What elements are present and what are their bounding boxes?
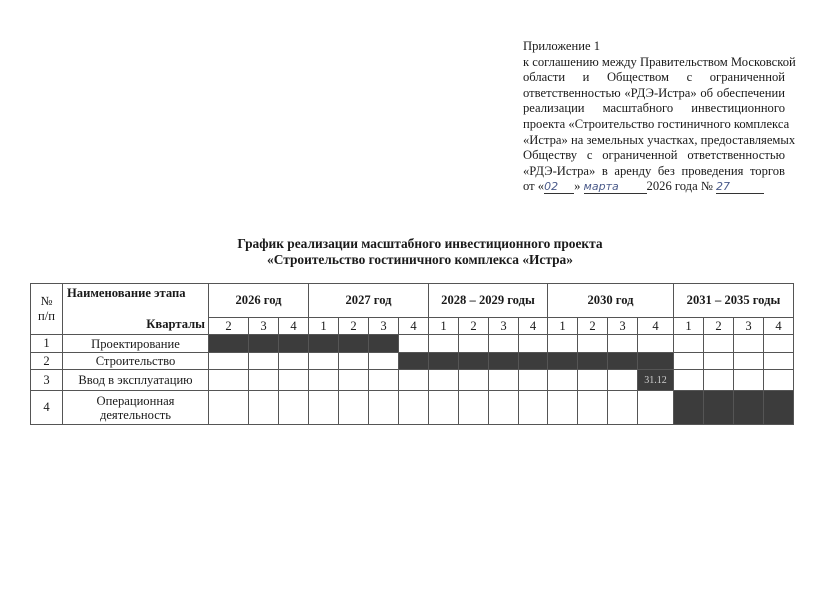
gantt-cell (608, 335, 638, 353)
gantt-cell-filled (608, 353, 638, 370)
gantt-schedule-table: №п/пНаименование этапаКварталы2026 год20… (30, 283, 794, 425)
gantt-cell (519, 391, 548, 425)
col-num-header: №п/п (31, 284, 63, 335)
gantt-cell (489, 335, 519, 353)
quarter-header: 2 (578, 318, 608, 335)
gantt-cell (459, 370, 489, 391)
gantt-cell-filled (429, 353, 459, 370)
gantt-cell (429, 335, 459, 353)
quarter-header: 3 (249, 318, 279, 335)
gantt-cell (399, 370, 429, 391)
quarter-header: 4 (638, 318, 674, 335)
handwritten-day: 02 (544, 181, 574, 194)
quarter-header: 1 (429, 318, 459, 335)
gantt-cell (429, 370, 459, 391)
gantt-cell-filled (279, 335, 309, 353)
quarter-header: 1 (309, 318, 339, 335)
gantt-cell (429, 391, 459, 425)
gantt-cell (734, 353, 764, 370)
stage-name-label: Наименование этапа (67, 286, 186, 301)
gantt-cell (548, 370, 578, 391)
gantt-cell-filled (519, 353, 548, 370)
gantt-cell-filled (249, 335, 279, 353)
date-prefix: от « (523, 179, 544, 193)
title-line-1: График реализации масштабного инвестицио… (200, 236, 640, 252)
gantt-cell (249, 353, 279, 370)
quarter-header: 2 (459, 318, 489, 335)
gantt-cell (704, 353, 734, 370)
handwritten-month: марта (584, 181, 647, 194)
row-number: 1 (31, 335, 63, 353)
gantt-cell (704, 370, 734, 391)
appendix-line: ответственностью «РДЭ-Истра» об обеспече… (523, 86, 785, 102)
gantt-cell-filled: 31.12 (638, 370, 674, 391)
date-mid: » (574, 179, 580, 193)
gantt-cell (638, 335, 674, 353)
gantt-cell (548, 391, 578, 425)
gantt-cell (209, 391, 249, 425)
appendix-line: Обществу с ограниченной ответственностью (523, 148, 785, 164)
stage-name: Строительство (63, 353, 209, 370)
quarter-header: 3 (489, 318, 519, 335)
quarter-header: 4 (279, 318, 309, 335)
gantt-cell (638, 391, 674, 425)
gantt-cell (279, 370, 309, 391)
title-line-2: «Строительство гостиничного комплекса «И… (200, 252, 640, 268)
date-year: 2026 года № (647, 179, 713, 193)
gantt-cell (674, 335, 704, 353)
period-header: 2028 – 2029 годы (429, 284, 548, 318)
gantt-cell (399, 391, 429, 425)
row-number: 2 (31, 353, 63, 370)
header-row-periods: №п/пНаименование этапаКварталы2026 год20… (31, 284, 794, 318)
handwritten-number: 27 (716, 181, 764, 194)
row-number: 3 (31, 370, 63, 391)
gantt-cell (339, 391, 369, 425)
gantt-cell (249, 370, 279, 391)
quarter-header: 4 (764, 318, 794, 335)
gantt-cell (608, 391, 638, 425)
table-row: 3Ввод в эксплуатацию31.12 (31, 370, 794, 391)
gantt-cell (704, 335, 734, 353)
gantt-cell-filled (704, 391, 734, 425)
gantt-cell (459, 391, 489, 425)
quarter-header: 1 (674, 318, 704, 335)
period-header: 2026 год (209, 284, 309, 318)
gantt-cell (674, 370, 704, 391)
gantt-cell-filled (489, 353, 519, 370)
quarter-header: 3 (734, 318, 764, 335)
gantt-cell (339, 353, 369, 370)
table-row: 1Проектирование (31, 335, 794, 353)
appendix-line: реализации масштабного инвестиционного (523, 101, 785, 117)
gantt-cell (309, 353, 339, 370)
appendix-line: «Истра» на земельных участках, предостав… (523, 133, 785, 149)
gantt-cell (399, 335, 429, 353)
quarter-header: 4 (399, 318, 429, 335)
table-row: 4Операционная деятельность (31, 391, 794, 425)
gantt-cell-filled (459, 353, 489, 370)
quarter-header: 3 (369, 318, 399, 335)
gantt-cell (249, 391, 279, 425)
gantt-cell (369, 353, 399, 370)
gantt-cell-filled (209, 335, 249, 353)
period-header: 2027 год (309, 284, 429, 318)
gantt-cell (734, 370, 764, 391)
gantt-cell (764, 335, 794, 353)
gantt-cell (764, 370, 794, 391)
gantt-cell (369, 370, 399, 391)
quarters-label: Кварталы (146, 317, 205, 332)
quarter-header: 2 (209, 318, 249, 335)
appendix-block: Приложение 1 к соглашению между Правител… (523, 39, 785, 195)
gantt-cell (734, 335, 764, 353)
gantt-cell-filled (578, 353, 608, 370)
quarter-header: 2 (704, 318, 734, 335)
gantt-cell-filled (369, 335, 399, 353)
table-row: 2Строительство (31, 353, 794, 370)
gantt-cell-filled (674, 391, 704, 425)
appendix-line: области и Обществом с ограниченной (523, 70, 785, 86)
quarter-header: 1 (548, 318, 578, 335)
period-header: 2030 год (548, 284, 674, 318)
gantt-cell-filled (638, 353, 674, 370)
appendix-line: проекта «Строительство гостиничного комп… (523, 117, 785, 133)
document-title: График реализации масштабного инвестицио… (200, 236, 640, 267)
period-header: 2031 – 2035 годы (674, 284, 794, 318)
date-line: от «02» марта2026 года № 27 (523, 179, 785, 195)
quarter-header: 4 (519, 318, 548, 335)
gantt-cell-filled (309, 335, 339, 353)
gantt-cell (339, 370, 369, 391)
gantt-cell-filled (548, 353, 578, 370)
gantt-cell (674, 353, 704, 370)
gantt-cell (489, 391, 519, 425)
gantt-cell (548, 335, 578, 353)
gantt-cell (519, 370, 548, 391)
gantt-cell-filled (339, 335, 369, 353)
stage-name: Ввод в эксплуатацию (63, 370, 209, 391)
gantt-cell (459, 335, 489, 353)
gantt-cell-filled (764, 391, 794, 425)
row-number: 4 (31, 391, 63, 425)
gantt-cell (369, 391, 399, 425)
stage-name: Проектирование (63, 335, 209, 353)
quarter-header: 2 (339, 318, 369, 335)
gantt-cell-filled (734, 391, 764, 425)
gantt-cell-filled (399, 353, 429, 370)
gantt-cell (578, 335, 608, 353)
gantt-cell (279, 391, 309, 425)
gantt-cell (209, 353, 249, 370)
appendix-line: к соглашению между Правительством Москов… (523, 55, 785, 71)
gantt-cell (309, 391, 339, 425)
col-name-header: Наименование этапаКварталы (63, 284, 209, 335)
stage-name: Операционная деятельность (63, 391, 209, 425)
gantt-cell (279, 353, 309, 370)
gantt-cell (608, 370, 638, 391)
quarter-header: 3 (608, 318, 638, 335)
appendix-heading: Приложение 1 (523, 39, 785, 55)
gantt-cell (309, 370, 339, 391)
gantt-cell (209, 370, 249, 391)
gantt-cell (519, 335, 548, 353)
gantt-cell (489, 370, 519, 391)
appendix-line: «РДЭ-Истра» в аренду без проведения торг… (523, 164, 785, 180)
gantt-cell (578, 391, 608, 425)
gantt-cell (578, 370, 608, 391)
gantt-cell (764, 353, 794, 370)
